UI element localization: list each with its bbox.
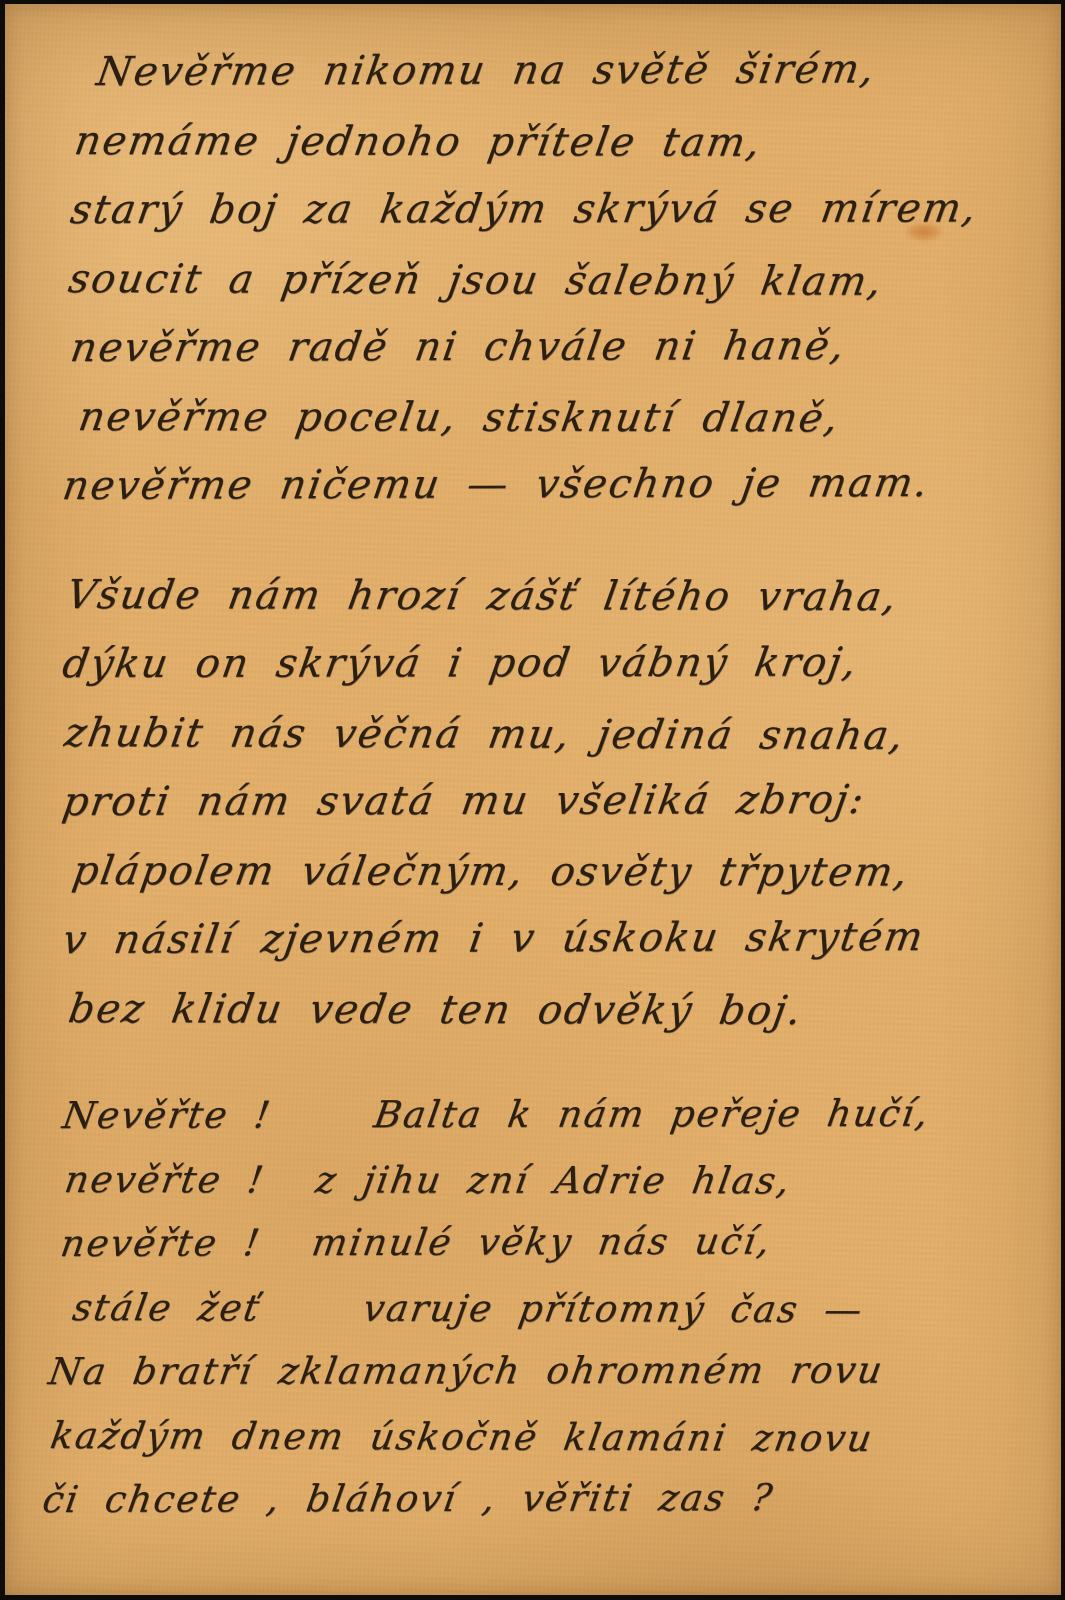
poem-line: zhubit nás věčná mu, jediná snaha, (59, 699, 1040, 771)
poem-line: nemáme jednoho přítele tam, (69, 107, 1040, 179)
poem-line: nevěřte ! z jihu zní Adrie hlas, (60, 1148, 1040, 1214)
poem-line: starý boj za každým skrývá se mírem, (66, 174, 1041, 245)
poem-line: nevěřme ničemu — všechno je mam. (58, 449, 1041, 521)
poem-line: soucit a přízeň jsou šalebný klam, (63, 245, 1040, 317)
poem-line: nevěřte ! minulé věky nás učí, (56, 1209, 1040, 1276)
manuscript-page: Nevěřme nikomu na světě širém, nemáme je… (5, 4, 1061, 1595)
poem-line: nevěřme pocelu, stisknutí dlaně, (73, 383, 1040, 454)
poem-line: dýku on skrývá i pod vábný kroj, (58, 628, 1041, 699)
poem-line: stále žeť varuje přítomný čas — (68, 1276, 1040, 1343)
poem-line: proti nám svatá mu všeliká zbroj: (58, 765, 1041, 837)
poem-line: Nevěřte ! Balta k nám peřeje hučí, (58, 1081, 1040, 1148)
stanza: Nevěřte ! Balta k nám peřeje hučí, nevěř… (63, 1084, 1035, 1532)
poem-text: Nevěřme nikomu na světě širém, nemáme je… (63, 38, 1035, 1532)
poem-line: každým dnem úskočně klamáni znovu (46, 1404, 1040, 1471)
poem-line: Všude nám hrozí zášť lítého vraha, (61, 561, 1040, 633)
poem-line: bez klidu vede ten odvěký boj. (63, 975, 1040, 1047)
poem-line: Na bratří zklamaných ohromném rovu (44, 1338, 1040, 1404)
stanza: Nevěřme nikomu na světě širém, nemáme je… (63, 38, 1035, 521)
stanza: Všude nám hrozí zášť lítého vraha, dýku … (63, 561, 1035, 1044)
poem-line: v násilí zjevném i v úskoku skrytém (58, 903, 1041, 975)
poem-line: plápolem válečným, osvěty třpytem, (67, 837, 1040, 908)
poem-line: Nevěřme nikomu na světě širém, (92, 35, 1041, 107)
poem-line: či chcete , bláhoví , věřiti zas ? (38, 1465, 1040, 1532)
poem-line: nevěřme radě ni chvále ni haně, (66, 311, 1041, 383)
